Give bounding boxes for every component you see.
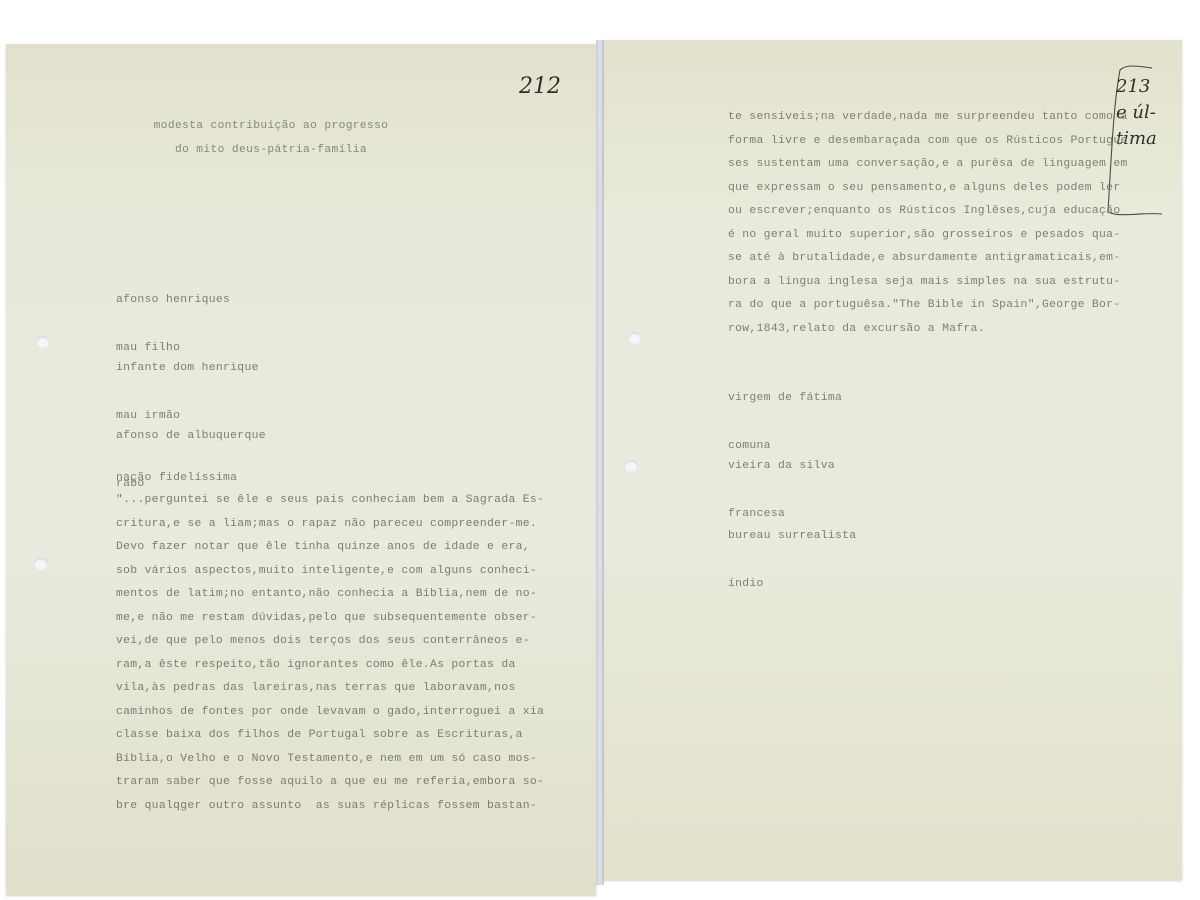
text-line: se até à brutalidade,e absurdamente anti…	[728, 247, 1135, 271]
text-line: traram saber que fosse aquilo a que eu m…	[116, 771, 544, 795]
text-line: Bíblia,o Velho e o Novo Testamento,e nem…	[116, 748, 544, 772]
entry-name: afonso henriques	[116, 288, 230, 312]
text-line: mentos de latim;no entanto,não conhecia …	[116, 583, 544, 607]
text-line: ou escrever;enquanto os Rústicos Inglêse…	[728, 200, 1135, 224]
text-line: sob vários aspectos,muito inteligente,e …	[116, 560, 544, 584]
punch-hole	[624, 460, 638, 472]
text-line: bre qualqger outro assunto as suas répli…	[116, 795, 544, 819]
entry-name: virgem de fátima	[728, 386, 842, 410]
text-line: ra do que a portuguêsa."The Bible in Spa…	[728, 294, 1135, 318]
page-gap	[596, 40, 604, 885]
entry-name: bureau surrealista	[728, 524, 856, 548]
entry-bureau-surrealista: bureau surrealista índio	[728, 500, 856, 620]
text-line: vei,de que pelo menos dois terços dos se…	[116, 630, 544, 654]
text-line: ses sustentam uma conversação,e a purêsa…	[728, 153, 1135, 177]
text-line: ram,a êste respeito,tão ignorantes como …	[116, 654, 544, 678]
page-number-handwritten: 212	[519, 74, 561, 99]
text-line: é no geral muito superior,são grosseiros…	[728, 224, 1135, 248]
section-heading: nação fidelíssima	[116, 472, 237, 484]
text-line: que expressam o seu pensamento,e alguns …	[728, 177, 1135, 201]
right-page: 213 e úl- tima te sensíveis;na verdade,n…	[604, 40, 1182, 880]
text-line: row,1843,relato da excursão a Mafra.	[728, 318, 1135, 342]
text-line: bora a língua inglesa seja mais simples …	[728, 271, 1135, 295]
quote-continuation: te sensíveis;na verdade,nada me surpreen…	[728, 106, 1135, 341]
text-line: caminhos de fontes por onde levavam o ga…	[116, 701, 544, 725]
text-line: "...perguntei se êle e seus pais conheci…	[116, 489, 544, 513]
entry-label: índio	[728, 572, 856, 596]
punch-hole	[628, 332, 642, 344]
entry-name: afonso de albuquerque	[116, 424, 266, 448]
entry-name: vieira da silva	[728, 454, 835, 478]
text-line: vila,às pedras das lareiras,nas terras q…	[116, 677, 544, 701]
punch-hole	[36, 336, 50, 348]
text-line: forma livre e desembaraçada com que os R…	[728, 130, 1135, 154]
text-line: classe baixa dos filhos de Portugal sobr…	[116, 724, 544, 748]
document-title-line-1: modesta contribuição ao progresso	[0, 120, 566, 132]
page-number: 213	[1116, 74, 1157, 100]
left-page: 212 modesta contribuição ao progresso do…	[6, 44, 596, 895]
punch-hole	[34, 558, 48, 570]
quote-body: "...perguntei se êle e seus pais conheci…	[116, 489, 544, 818]
text-line: Devo fazer notar que êle tinha quinze an…	[116, 536, 544, 560]
document-title-line-2: do mito deus-pátria-família	[0, 144, 566, 156]
text-line: me,e não me restam dúvidas,pelo que subs…	[116, 607, 544, 631]
text-line: critura,e se a liam;mas o rapaz não pare…	[116, 513, 544, 537]
entry-name: infante dom henrique	[116, 356, 259, 380]
text-line: te sensíveis;na verdade,nada me surpreen…	[728, 106, 1135, 130]
